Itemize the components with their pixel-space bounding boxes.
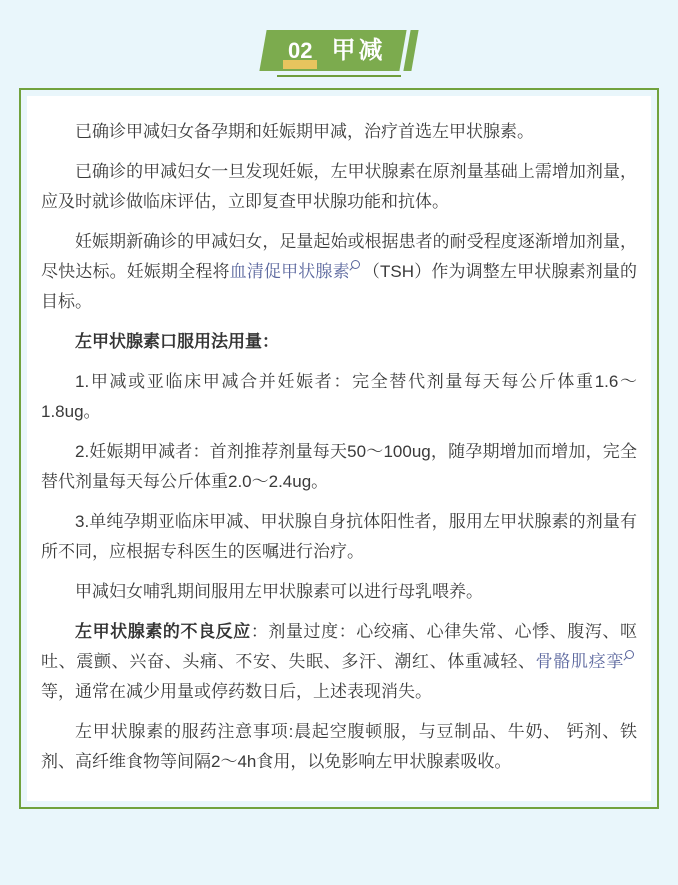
text-segment: 已确诊的甲减妇女一旦发现妊娠，左甲状腺素在原剂量基础上需增加剂量，应及时就诊做临…: [41, 162, 637, 211]
paragraph: 左甲状腺素口服用法用量：: [41, 327, 637, 357]
text-segment: 已确诊甲减妇女备孕期和妊娠期甲减，治疗首选左甲状腺素。: [75, 122, 534, 141]
paragraph: 已确诊甲减妇女备孕期和妊娠期甲减，治疗首选左甲状腺素。: [41, 117, 637, 147]
text-segment: 甲减妇女哺乳期间服用左甲状腺素可以进行母乳喂养。: [75, 582, 483, 601]
term-link[interactable]: 血清促甲状腺素: [230, 262, 350, 281]
search-icon[interactable]: [625, 650, 634, 659]
text-segment: 1.甲减或亚临床甲减合并妊娠者：完全替代剂量每天每公斤体重1.6～1.8ug。: [41, 372, 637, 421]
term-link[interactable]: 骨骼肌痉挛: [536, 652, 624, 671]
paragraph: 妊娠期新确诊的甲减妇女，足量起始或根据患者的耐受程度逐渐增加剂量，尽快达标。妊娠…: [41, 227, 637, 317]
text-segment: 3.单纯孕期亚临床甲减、甲状腺自身抗体阳性者，服用左甲状腺素的剂量有所不同，应根…: [41, 512, 637, 561]
text-segment: 等，通常在减少用量或停药数日后，上述表现消失。: [41, 682, 432, 701]
paragraph: 1.甲减或亚临床甲减合并妊娠者：完全替代剂量每天每公斤体重1.6～1.8ug。: [41, 367, 637, 427]
paragraph: 左甲状腺素的不良反应：剂量过度：心绞痛、心律失常、心悸、腹泻、呕吐、震颤、兴奋、…: [41, 617, 637, 707]
badge-underline: [277, 75, 401, 77]
paragraph: 左甲状腺素的服药注意事项:晨起空腹顿服，与豆制品、牛奶、 钙剂、铁剂、高纤维食物…: [41, 717, 637, 777]
paragraph: 3.单纯孕期亚临床甲减、甲状腺自身抗体阳性者，服用左甲状腺素的剂量有所不同，应根…: [41, 507, 637, 567]
paragraph: 2.妊娠期甲减者：首剂推荐剂量每天50～100ug，随孕期增加而增加，完全替代剂…: [41, 437, 637, 497]
article-body: 已确诊甲减妇女备孕期和妊娠期甲减，治疗首选左甲状腺素。已确诊的甲减妇女一旦发现妊…: [27, 96, 651, 801]
text-segment: 左甲状腺素的服药注意事项:晨起空腹顿服，与豆制品、牛奶、 钙剂、铁剂、高纤维食物…: [41, 722, 637, 771]
search-icon[interactable]: [351, 260, 360, 269]
badge-content: 02 甲减: [285, 30, 385, 71]
paragraph: 甲减妇女哺乳期间服用左甲状腺素可以进行母乳喂养。: [41, 577, 637, 607]
section-number: 02: [285, 40, 315, 62]
section-header: 02 甲减: [0, 0, 678, 77]
section-badge: 02 甲减: [259, 30, 419, 71]
text-segment: 2.妊娠期甲减者：首剂推荐剂量每天50～100ug，随孕期增加而增加，完全替代剂…: [41, 442, 637, 491]
bold-text: 左甲状腺素的不良反应: [75, 622, 251, 641]
paragraph: 已确诊的甲减妇女一旦发现妊娠，左甲状腺素在原剂量基础上需增加剂量，应及时就诊做临…: [41, 157, 637, 217]
badge-slash-decoration: [400, 30, 411, 71]
section-title: 甲减: [331, 39, 385, 63]
article-box: 已确诊甲减妇女备孕期和妊娠期甲减，治疗首选左甲状腺素。已确诊的甲减妇女一旦发现妊…: [19, 88, 659, 809]
bold-text: 左甲状腺素口服用法用量：: [75, 332, 279, 351]
